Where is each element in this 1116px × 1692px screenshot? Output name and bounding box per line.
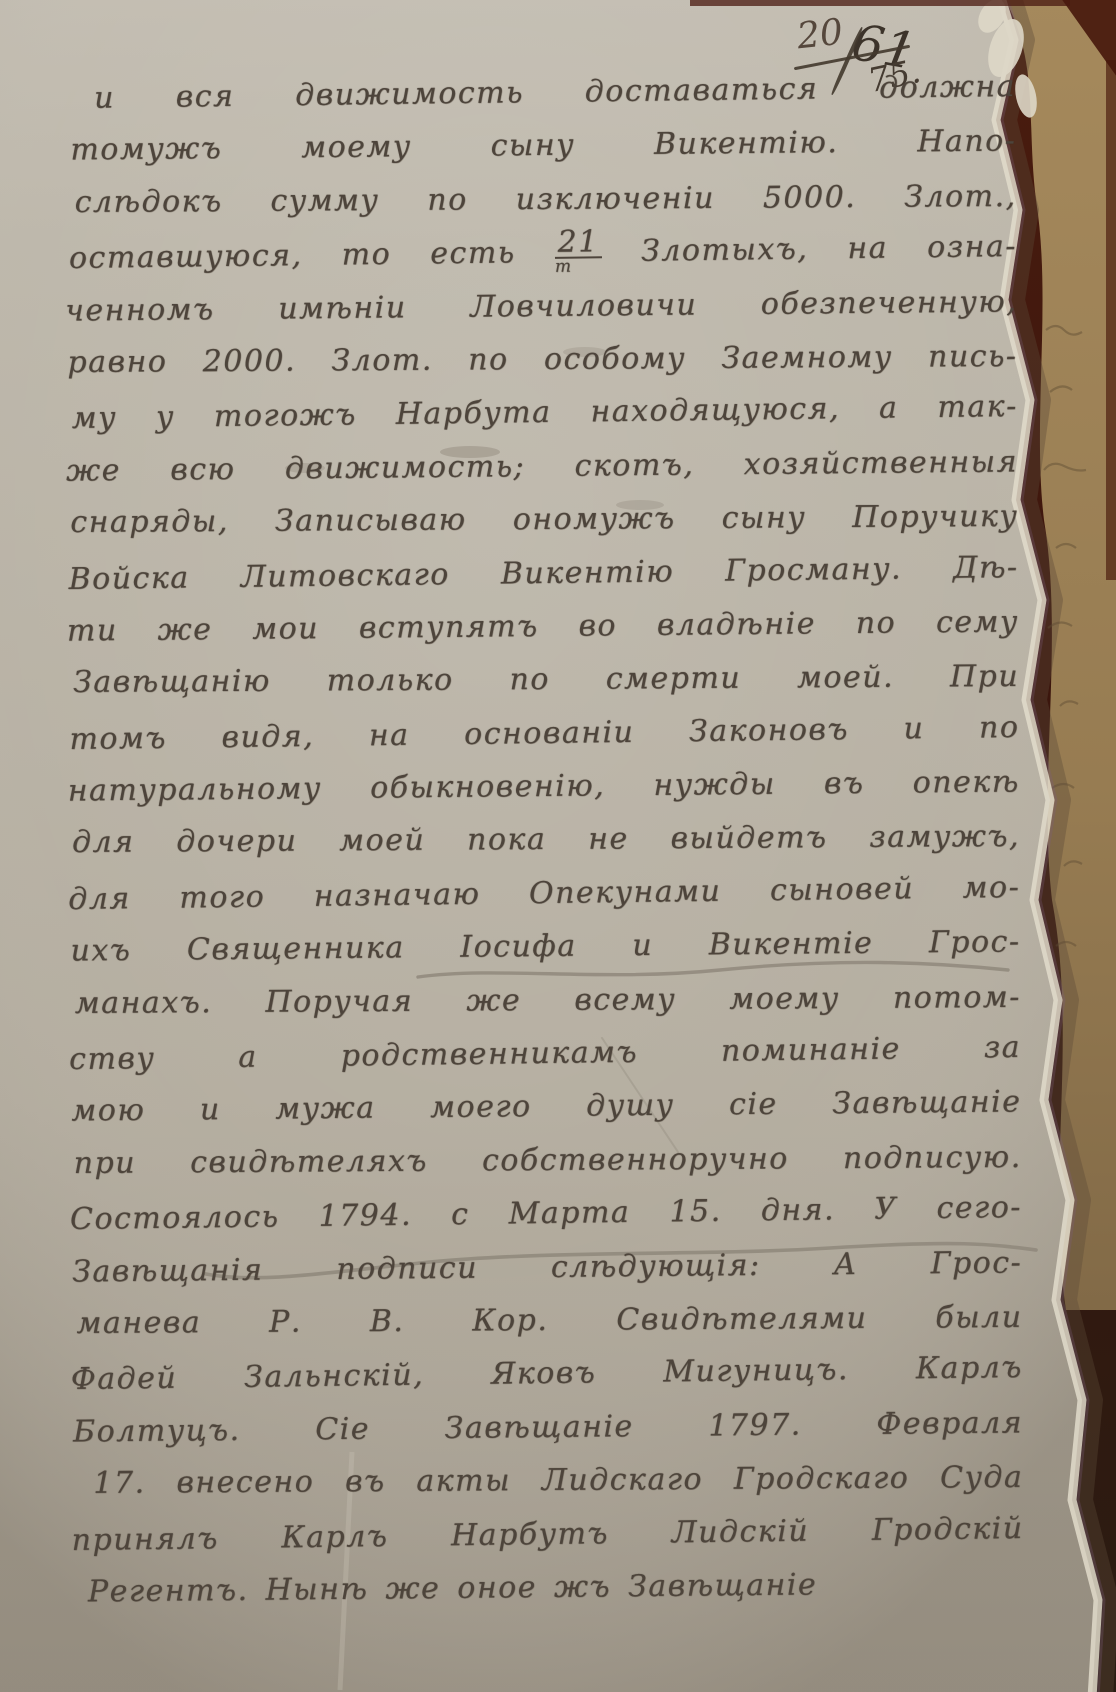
folio-number-old: 20 xyxy=(795,12,845,58)
manuscript-line: равно 2000. Злот. по особому Заемному пи… xyxy=(65,330,1017,390)
manuscript-line: манахъ. Поручая же всему моему потом- xyxy=(69,971,1021,1031)
manuscript-line: при свидѣтеляхъ собственноручно подписую… xyxy=(70,1131,1022,1191)
manuscript-line: Болтуцъ. Сіе Завѣщаніе 1797. Февраля xyxy=(71,1396,1023,1459)
manuscript-line: Завѣщанія подписи слѣдующія: А Грос- xyxy=(70,1236,1022,1299)
scanned-manuscript-page: 20 61 75. и вся движимость доставаться д… xyxy=(0,0,1116,1692)
manuscript-line: ихъ Священника Іосифа и Викентіе Грос- xyxy=(68,916,1020,979)
stacked-number: 21т xyxy=(554,228,602,275)
manuscript-line: ченномъ имѣніи Ловчиловичи обезпеченную, xyxy=(65,275,1017,338)
manuscript-line: манева Р. В. Кор. Свидѣтелями были xyxy=(70,1291,1022,1351)
manuscript-line: Завѣщанію только по смерти моей. При xyxy=(67,650,1019,710)
manuscript-line: томужъ моему сыну Викентію. Напо- xyxy=(64,115,1016,178)
manuscript-line: мою и мужа моего душу сіе Завѣщаніе xyxy=(69,1076,1021,1139)
manuscript-line: для дочери моей пока не выйдетъ замужъ, xyxy=(68,810,1020,870)
manuscript-line: натуральному обыкновенію, нужды въ опекѣ xyxy=(67,756,1019,819)
manuscript-line: оставшуюся, то есть 21т Злотыхъ, на озна… xyxy=(65,220,1018,286)
manuscript-line: слѣдокъ сумму по изключеніи 5000. Злот., xyxy=(64,170,1016,230)
manuscript-line: 17. внесено въ акты Лидскаго Гродскаго С… xyxy=(71,1451,1023,1511)
manuscript-line: же всю движимость; скотъ, хозяйственныя xyxy=(66,435,1018,498)
top-edge-smear xyxy=(690,0,1070,6)
manuscript-line: снаряды, Записываю ономужъ сыну Поручику xyxy=(66,490,1018,550)
manuscript-line: Регентъ. Нынѣ же оное жъ Завѣщаніе xyxy=(72,1556,1024,1619)
manuscript-line: ти же мои вступятъ во владѣніе по сему xyxy=(67,595,1019,658)
manuscript-lines: и вся движимость доставаться должнатомуж… xyxy=(64,64,1024,1617)
